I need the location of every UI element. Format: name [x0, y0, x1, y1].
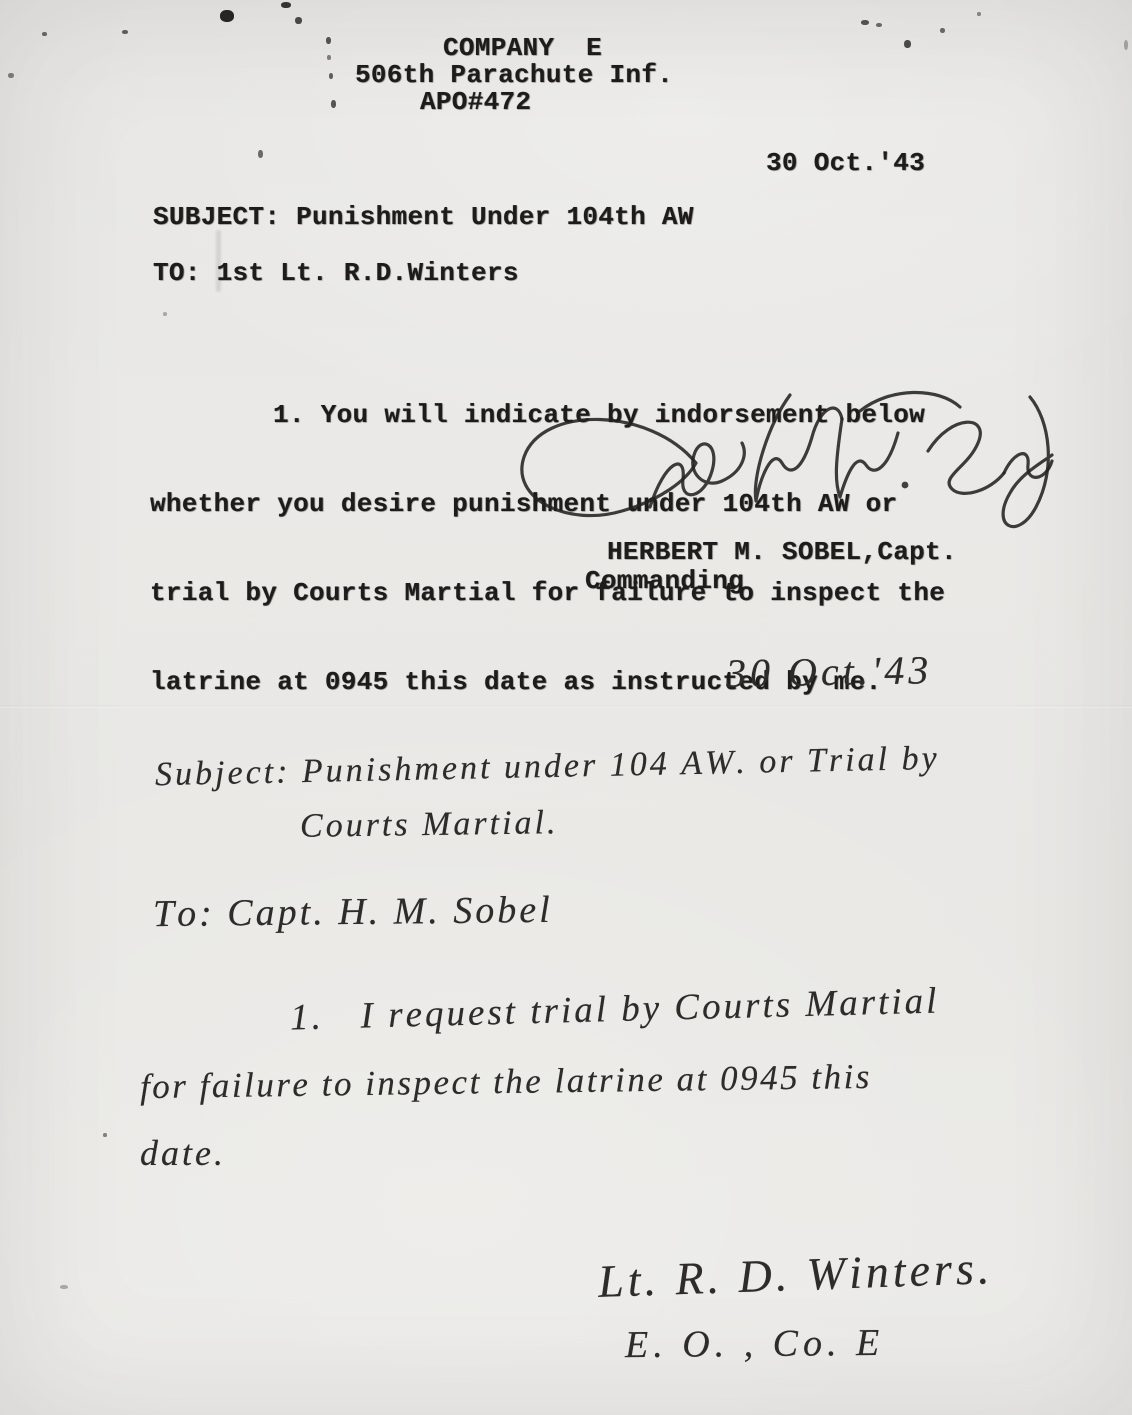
typed-date: 30 Oct.'43: [766, 148, 925, 178]
paper-speck: [329, 73, 333, 79]
handwritten-date: 30 Oct.'43: [726, 646, 933, 697]
paper-speck: [977, 12, 981, 16]
paper-speck: [1124, 40, 1128, 50]
paper-speck: [220, 10, 234, 22]
letterhead-apo: APO#472: [420, 87, 531, 117]
paper-speck: [326, 37, 331, 44]
handwritten-to-line: To: Capt. H. M. Sobel: [153, 888, 553, 936]
paper-speck: [281, 2, 291, 8]
paper-speck: [295, 17, 302, 24]
paper-speck: [331, 100, 336, 108]
paper-speck: [861, 20, 869, 25]
letterhead-company: COMPANY E: [443, 33, 602, 63]
handwritten-subject-line-2: Courts Martial.: [300, 804, 559, 846]
letterhead-unit: 506th Parachute Inf.: [355, 60, 673, 90]
paper-speck: [122, 30, 128, 34]
paper-speck: [876, 23, 882, 27]
winters-signature: Lt. R. D. Winters.: [597, 1241, 994, 1308]
to-line: TO: 1st Lt. R.D.Winters: [153, 258, 519, 288]
subject-line: SUBJECT: Punishment Under 104th AW: [153, 202, 694, 232]
body-line: trial by Courts Martial for failure to i…: [150, 579, 945, 608]
handwritten-body-line-1: 1. I request trial by Courts Martial: [290, 980, 940, 1040]
paper-speck: [327, 55, 331, 60]
handwritten-body-line-2: for failure to inspect the latrine at 09…: [140, 1057, 872, 1107]
handwritten-body-line-3: date.: [140, 1132, 226, 1174]
winters-title: E. O. , Co. E: [625, 1321, 885, 1367]
sobel-signature: [490, 385, 1060, 555]
paper-speck: [940, 28, 945, 33]
paper-speck: [258, 150, 263, 158]
paper-speck: [8, 73, 14, 78]
ink-smudge: [216, 230, 221, 292]
signer-title: Commanding: [585, 566, 744, 596]
paper-speck: [60, 1285, 68, 1289]
paper-speck: [163, 312, 167, 316]
paper-speck: [904, 40, 911, 48]
paper-speck: [103, 1133, 107, 1137]
signer-name: HERBERT M. SOBEL,Capt.: [607, 537, 957, 567]
paper-speck: [42, 32, 47, 36]
scanned-memo-page: COMPANY E 506th Parachute Inf. APO#472 3…: [0, 0, 1132, 1415]
